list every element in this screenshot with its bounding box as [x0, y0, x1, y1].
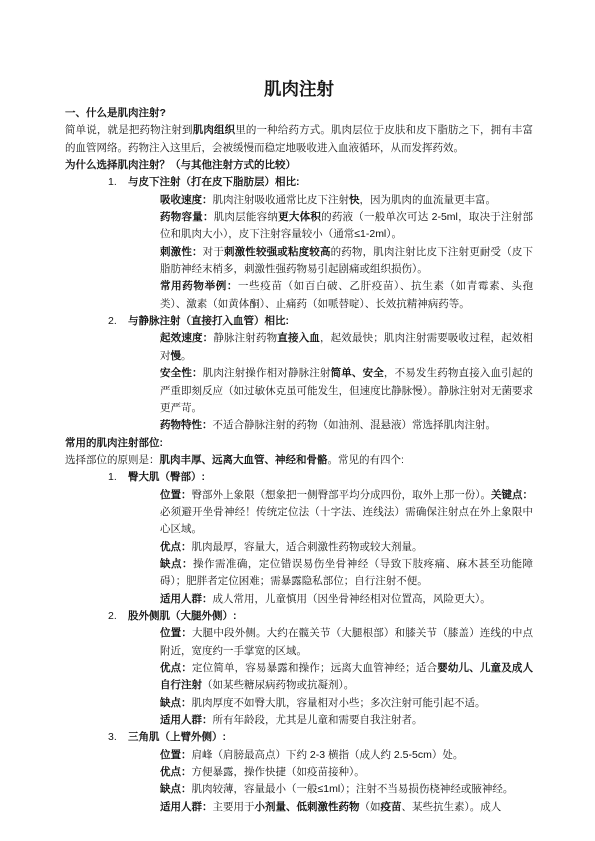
list-number: 2.	[108, 608, 117, 625]
text-run: 对于	[203, 246, 224, 258]
sub-paragraph: 优点：肌肉最厚，容量大，适合刺激性药物或较大剂量。	[65, 539, 533, 556]
text-run: 肌肉厚度不如臀大肌，容量相对小些；多次注射可能引起不适。	[192, 697, 486, 709]
text-run: 肌肉注射操作相对静脉注射	[203, 367, 331, 379]
text-run: 必须避开坐骨神经！传统定位法（十字法、连线法）需确保注射点在外上象限中心区域。	[160, 506, 533, 535]
text-run: 方便暴露，操作快捷（如疫苗接种）。	[192, 766, 365, 778]
text-run: 肩峰（肩膀最高点）下约 2-3 横指（成人约 2.5-5cm）处。	[192, 749, 464, 761]
text-run: 。常见的有四个:	[328, 454, 404, 466]
bold-text-run: 常用的肌肉注射部位:	[65, 437, 163, 449]
text-run: 所有年龄段，尤其是儿童和需要自我注射者。	[213, 714, 423, 726]
sub-paragraph: 位置：大腿中段外侧。大约在髋关节（大腿根部）和膝关节（膝盖）连线的中点附近，宽度…	[65, 625, 533, 660]
list-item: 1.臀大肌（臀部）:	[65, 469, 533, 486]
text-run: 、某些抗生素）。成人	[402, 801, 502, 813]
paragraph: 选择部位的原则是：肌肉丰厚、远离大血管、神经和骨骼。常见的有四个:	[65, 452, 533, 469]
bold-text-run: 安全性：	[160, 367, 203, 379]
text-run: 简单说，就是把药物注射到	[65, 124, 193, 136]
text-run: 肌肉最厚，容量大，适合刺激性药物或较大剂量。	[192, 541, 423, 553]
section-heading: 一、什么是肌肉注射?	[65, 105, 533, 122]
bold-text-run: 简单、安全	[331, 367, 384, 379]
text-run: 操作需准确，定位错误易伤坐骨神经（导致下肢疼痛、麻木甚至功能障碍）；肥胖者定位困…	[160, 558, 533, 587]
text-run: 肌肉注射吸收通常比皮下注射	[213, 194, 350, 206]
section-heading: 为什么选择肌肉注射？（与其他注射方式的比较）	[65, 157, 533, 174]
text-run: 选择部位的原则是：	[65, 454, 160, 466]
bold-text-run: 适用人群：	[160, 593, 213, 605]
bold-text-run: 股外侧肌（大腿外侧）:	[128, 610, 237, 622]
text-run: （如	[360, 801, 381, 813]
text-run: 。	[181, 350, 192, 362]
bold-text-run: 适用人群：	[160, 801, 213, 813]
bold-text-run: 三角肌（上臂外侧）:	[128, 731, 226, 743]
sub-paragraph: 优点：方便暴露，操作快捷（如疫苗接种）。	[65, 764, 533, 781]
sub-paragraph: 位置：肩峰（肩膀最高点）下约 2-3 横指（成人约 2.5-5cm）处。	[65, 747, 533, 764]
bold-text-run: 刺激性较强或粘度较高	[224, 246, 331, 258]
bold-text-run: 优点：	[160, 766, 192, 778]
bold-text-run: 与静脉注射（直接打入血管）相比:	[128, 315, 289, 327]
bold-text-run: 与皮下注射（打在皮下脂肪层）相比:	[128, 176, 300, 188]
bold-text-run: 肌肉组织	[193, 124, 236, 136]
bold-text-run: 小剂量、低刺激性药物	[255, 801, 360, 813]
sub-paragraph: 常用药物举例：一些疫苗（如百白破、乙肝疫苗）、抗生素（如青霉素、头孢类）、激素（…	[65, 278, 533, 313]
bold-text-run: 吸收速度：	[160, 194, 213, 206]
text-run: 肌肉较薄，容量最小（一般≤1ml）；注射不当易损伤桡神经或腋神经。	[192, 783, 514, 795]
bold-text-run: 位置：	[160, 627, 192, 639]
bold-text-run: 关键点：	[491, 489, 533, 501]
list-item: 2.股外侧肌（大腿外侧）:	[65, 608, 533, 625]
text-run: 臀部外上象限（想象把一侧臀部平均分成四份，取外上那一份）。	[192, 489, 491, 501]
list-item: 2.与静脉注射（直接打入血管）相比:	[65, 313, 533, 330]
bold-text-run: 药物容量：	[160, 211, 214, 223]
bold-text-run: 慢	[171, 350, 182, 362]
sub-paragraph: 吸收速度：肌肉注射吸收通常比皮下注射快，因为肌肉的血流量更丰富。	[65, 192, 533, 209]
bold-text-run: 优点：	[160, 541, 192, 553]
sub-paragraph: 适用人群：所有年龄段，尤其是儿童和需要自我注射者。	[65, 712, 533, 729]
bold-text-run: 缺点：	[160, 558, 193, 570]
bold-text-run: 刺激性：	[160, 246, 203, 258]
bold-text-run: 药物特性：	[160, 419, 213, 431]
bold-text-run: 臀大肌（臀部）:	[128, 471, 205, 483]
paragraph: 简单说，就是把药物注射到肌肉组织里的一种给药方式。肌肉层位于皮肤和皮下脂肪之下，…	[65, 122, 533, 157]
sub-paragraph: 缺点：肌肉较薄，容量最小（一般≤1ml）；注射不当易损伤桡神经或腋神经。	[65, 781, 533, 798]
bold-text-run: 缺点：	[160, 697, 192, 709]
list-number: 3.	[108, 729, 117, 746]
sub-paragraph: 药物容量：肌肉层能容纳更大体积的药液（一般单次可达 2-5ml，取决于注射部位和…	[65, 209, 533, 244]
bold-text-run: 起效速度：	[160, 332, 213, 344]
sub-paragraph: 药物特性：不适合静脉注射的药物（如油剂、混悬液）常选择肌肉注射。	[65, 417, 533, 434]
bold-text-run: 疫苗	[381, 801, 402, 813]
document-page: 肌肉注射 一、什么是肌肉注射?简单说，就是把药物注射到肌肉组织里的一种给药方式。…	[0, 0, 595, 841]
bold-text-run: 适用人群：	[160, 714, 213, 726]
bold-text-run: 快	[349, 194, 360, 206]
bold-text-run: 位置：	[160, 749, 192, 761]
bold-text-run: 优点：	[160, 662, 192, 674]
bold-text-run: 为什么选择肌肉注射？（与其他注射方式的比较）	[65, 159, 296, 171]
text-run: 大腿中段外侧。大约在髋关节（大腿根部）和膝关节（膝盖）连线的中点附近，宽度约一手…	[160, 627, 533, 656]
text-run: 静脉注射药物	[213, 332, 277, 344]
bold-text-run: 肌肉丰厚、远离大血管、神经和骨骼	[160, 454, 328, 466]
bold-text-run: 直接入血	[277, 332, 320, 344]
sub-paragraph: 位置：臀部外上象限（想象把一侧臀部平均分成四份，取外上那一份）。关键点：必须避开…	[65, 487, 533, 539]
list-item: 3.三角肌（上臂外侧）:	[65, 729, 533, 746]
sub-paragraph: 起效速度：静脉注射药物直接入血，起效最快；肌肉注射需要吸收过程，起效相对慢。	[65, 330, 533, 365]
bold-text-run: 位置：	[160, 489, 192, 501]
sub-paragraph: 刺激性：对于刺激性较强或粘度较高的药物，肌肉注射比皮下注射更耐受（皮下脂肪神经末…	[65, 244, 533, 279]
sub-paragraph: 适用人群：主要用于小剂量、低刺激性药物（如疫苗、某些抗生素）。成人	[65, 799, 533, 816]
bold-text-run: 常用药物举例：	[160, 280, 238, 292]
sub-paragraph: 安全性：肌肉注射操作相对静脉注射简单、安全，不易发生药物直接入血引起的严重即刻反…	[65, 365, 533, 417]
text-run: 定位简单，容易暴露和操作；远离大血管神经；适合	[192, 662, 437, 674]
document-body: 一、什么是肌肉注射?简单说，就是把药物注射到肌肉组织里的一种给药方式。肌肉层位于…	[65, 105, 533, 816]
sub-paragraph: 缺点：操作需准确，定位错误易伤坐骨神经（导致下肢疼痛、麻木甚至功能障碍）；肥胖者…	[65, 556, 533, 591]
text-run: 成人常用，儿童慎用（因坐骨神经相对位置高，风险更大）。	[213, 593, 491, 605]
list-number: 1.	[108, 469, 117, 486]
sub-paragraph: 缺点：肌肉厚度不如臀大肌，容量相对小些；多次注射可能引起不适。	[65, 695, 533, 712]
bold-text-run: 缺点：	[160, 783, 192, 795]
list-number: 1.	[108, 174, 117, 191]
page-title: 肌肉注射	[65, 79, 533, 100]
sub-paragraph: 优点：定位简单，容易暴露和操作；远离大血管神经；适合婴幼儿、儿童及成人自行注射（…	[65, 660, 533, 695]
sub-paragraph: 适用人群：成人常用，儿童慎用（因坐骨神经相对位置高，风险更大）。	[65, 591, 533, 608]
text-run: 主要用于	[213, 801, 255, 813]
text-run: 不适合静脉注射的药物（如油剂、混悬液）常选择肌肉注射。	[213, 419, 497, 431]
section-heading: 常用的肌肉注射部位:	[65, 435, 533, 452]
page-content: 肌肉注射 一、什么是肌肉注射?简单说，就是把药物注射到肌肉组织里的一种给药方式。…	[0, 0, 595, 816]
list-number: 2.	[108, 313, 117, 330]
bold-text-run: 更大体积	[278, 211, 321, 223]
text-run: ，因为肌肉的血流量更丰富。	[360, 194, 497, 206]
list-item: 1.与皮下注射（打在皮下脂肪层）相比:	[65, 174, 533, 191]
text-run: （如某些糖尿病药物或抗凝剂）。	[202, 679, 354, 691]
text-run: 肌肉层能容纳	[214, 211, 278, 223]
bold-text-run: 一、什么是肌肉注射?	[65, 107, 166, 119]
